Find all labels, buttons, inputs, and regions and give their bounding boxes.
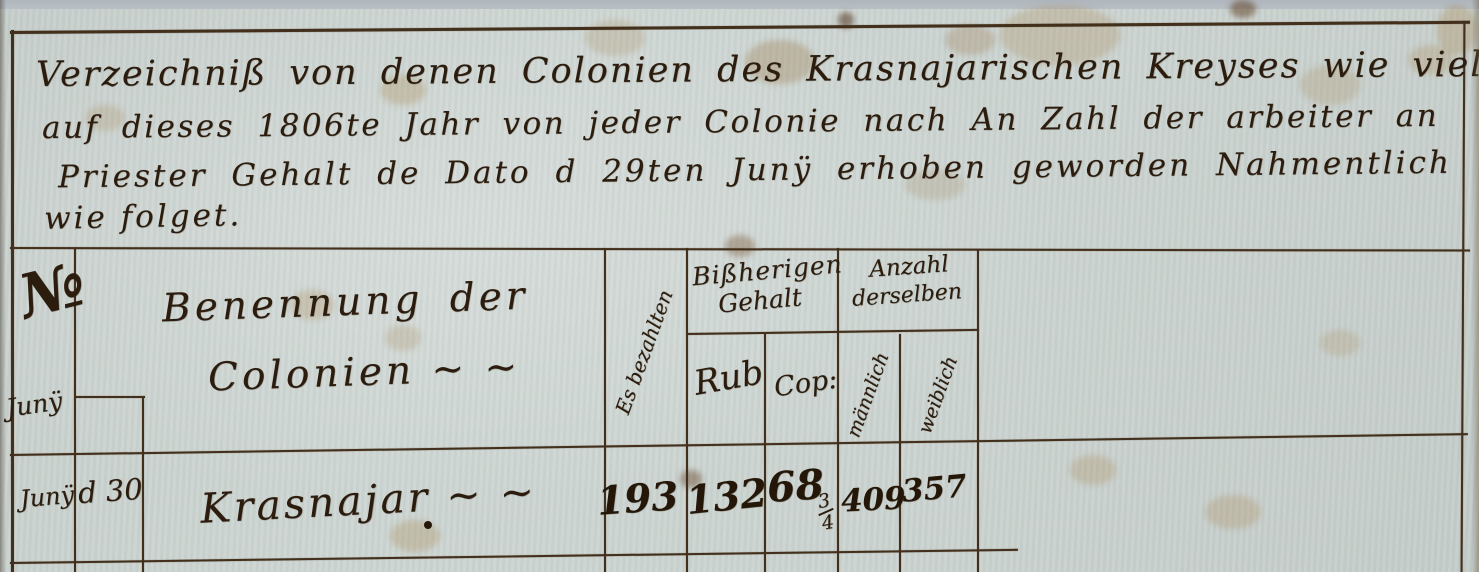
paper-stain (1320, 330, 1360, 356)
page-right-border-line (1461, 22, 1466, 572)
scan-right-edge (1471, 0, 1479, 572)
scan-left-edge (0, 0, 6, 572)
row-colony-cell: Krasnajar ~ ~ (199, 467, 538, 533)
male-subheader: männlich (837, 335, 899, 455)
heading-line-3: Priester Gehalt de Dato d 29ten Junÿ erh… (58, 145, 1452, 196)
rub-subheader: Rub (691, 352, 766, 403)
row-female-cell: 357 (901, 468, 969, 510)
heading-line-1: Verzeichniß von denen Colonien des Krasn… (36, 45, 1479, 95)
table-top-line (10, 247, 1470, 252)
paper-stain (390, 520, 440, 552)
column-line-male-female (899, 334, 901, 572)
fraction-denominator: 4 (820, 513, 835, 533)
page-top-border-line (10, 21, 1470, 34)
row-cop-fraction: 3 4 (815, 491, 838, 533)
row-month-cell: Junÿ (19, 481, 75, 514)
paper-stain (385, 325, 421, 351)
column-line-rub-cop (764, 333, 766, 572)
ink-blot (424, 521, 432, 529)
table-header-bottom-line (10, 433, 1468, 456)
row-day-cell: d 30 (77, 472, 144, 510)
heading-line-2: auf dieses 1806te Jahr von jeder Colonie… (42, 98, 1439, 146)
scan-background-strip (0, 0, 1479, 9)
day-box-line (75, 396, 145, 398)
row-male-cell: 409 (840, 480, 907, 519)
heading-line-4: wie folget. (44, 197, 243, 236)
colony-header-line-2: Colonien ~ ~ (207, 345, 522, 401)
row-payers-cell: 193 (595, 473, 679, 525)
payers-column-header: Es bezahlten (599, 254, 690, 450)
paper-stain (1070, 455, 1116, 485)
table-row-bottom-line (10, 549, 1018, 564)
column-line-count (837, 248, 839, 572)
cop-subheader: Cop: (772, 364, 839, 404)
month-column-header: Junÿ (4, 386, 64, 423)
numero-symbol: № (13, 249, 93, 333)
row-rub-cell: 132 (684, 470, 770, 524)
colony-header-line-1: Benennung der (161, 274, 529, 332)
count-header-line-2: derselben (840, 278, 973, 312)
table-right-line (977, 249, 979, 572)
paper-stain (1205, 495, 1261, 529)
female-subheader: weiblich (907, 335, 969, 455)
page-left-border-line (11, 30, 14, 572)
manuscript-page: Verzeichniß von denen Colonien des Krasn… (0, 0, 1479, 572)
paper-stain (725, 235, 755, 257)
subheader-split-line (687, 329, 979, 335)
